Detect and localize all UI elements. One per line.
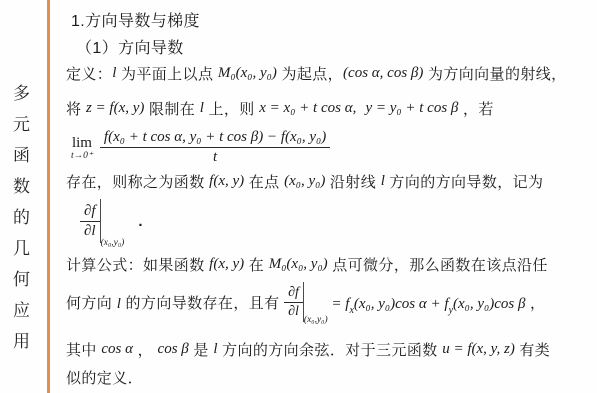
math-segment: M₀(x₀, y₀) xyxy=(269,256,328,273)
chapter-vertical-title: 多元函数的几何应用 xyxy=(7,84,32,363)
math-segment: M₀(x₀, y₀) xyxy=(218,65,277,82)
math-segment: z = f(x, y) xyxy=(86,100,144,117)
evaluation-bar xyxy=(100,199,101,243)
text-segment: ， xyxy=(525,295,545,312)
derivative-fraction: ∂f ∂l xyxy=(80,203,100,240)
math-segment: = f xyxy=(328,296,350,312)
text-segment: 限制在 xyxy=(144,98,199,119)
math-subscript-segment: y xyxy=(449,305,453,316)
math-segment: y = y₀ + t cos β xyxy=(365,100,458,117)
math-segment: x = x₀ + t cos α, xyxy=(259,100,356,117)
text-segment: 方向的方向导数，记为 xyxy=(385,171,544,192)
text-segment: 有类 xyxy=(515,339,550,360)
accent-divider-line xyxy=(47,0,50,393)
limit-operator: lim t→0⁺ xyxy=(71,135,93,161)
math-segment: cos β xyxy=(158,341,189,358)
text-segment: 将 xyxy=(66,98,86,119)
text-segment: ， xyxy=(133,339,158,360)
text-segment: 计算公式：如果函数 xyxy=(66,254,209,275)
text-segment: 方向的方向余弦．对于三元函数 xyxy=(217,339,442,360)
calc-line-prefix: 何方向 l 的方向导数存在，且有 xyxy=(66,292,284,313)
text-segment: 其中 xyxy=(66,339,101,360)
fraction-denominator: t xyxy=(213,148,217,166)
math-segment: (x₀, y₀)cos α + f xyxy=(354,296,449,312)
math-subscript-segment: x xyxy=(349,305,353,316)
math-segment: (x₀, y₀)cos β xyxy=(453,296,525,312)
calc-paragraph-line-2: 何方向 l 的方向导数存在，且有 ∂f ∂l (x₀,y₀) = fx(x₀, … xyxy=(66,282,545,322)
lecture-slide-page: 多元函数的几何应用 1.方向导数与梯度 （1）方向导数 定义：l 为平面上以点 … xyxy=(0,0,597,393)
text-segment: 沿射线 xyxy=(325,171,380,192)
derivative-notation: ∂f ∂l (x₀,y₀) . xyxy=(80,197,143,245)
fraction-numerator: ∂f xyxy=(80,203,100,222)
fraction-numerator: f(x₀ + t cos α, y₀ + t cos β) − f(x₀, y₀… xyxy=(100,129,330,148)
text-segment: 是 xyxy=(189,339,214,360)
math-segment: (cos α, cos β) xyxy=(343,65,423,82)
sentence-period: . xyxy=(138,213,143,230)
text-segment: 定义： xyxy=(66,63,112,84)
math-segment: (x₀, y₀) xyxy=(284,173,325,190)
text-segment: 存在，则称之为函数 xyxy=(66,171,209,192)
text-segment: 为方向向量的射线， xyxy=(423,63,566,84)
text-segment: ，若 xyxy=(458,98,493,119)
math-segment: cos α xyxy=(101,341,133,358)
definition-paragraph-line-1: 定义：l 为平面上以点 M₀(x₀, y₀) 为起点，(cos α, cos β… xyxy=(66,63,567,84)
calc-line-suffix: = fx(x₀, y₀)cos α + fy(x₀, y₀)cos β ， xyxy=(328,292,546,313)
text-segment: 在 xyxy=(244,254,269,275)
fraction-denominator: ∂l xyxy=(288,303,299,320)
text-segment: 上，则 xyxy=(204,98,259,119)
text-segment: 为起点， xyxy=(277,63,343,84)
fraction-denominator: ∂l xyxy=(84,222,96,240)
limit-subscript: t→0⁺ xyxy=(71,150,93,161)
derivative-fraction: ∂f ∂l xyxy=(284,285,303,320)
definition-paragraph-line-2: 将 z = f(x, y) 限制在 l 上，则 x = x₀ + t cos α… xyxy=(66,98,494,119)
limit-formula: lim t→0⁺ f(x₀ + t cos α, y₀ + t cos β) −… xyxy=(71,129,330,166)
calc-paragraph-line-1: 计算公式：如果函数 f(x, y) 在 M₀(x₀, y₀) 点可微分，那么函数… xyxy=(66,254,548,275)
closing-paragraph-line-2: 似的定义． xyxy=(66,367,143,388)
text-segment: 在点 xyxy=(244,171,284,192)
fraction-numerator: ∂f xyxy=(284,285,303,303)
definition-paragraph-line-3: 存在，则称之为函数 f(x, y) 在点 (x₀, y₀) 沿射线 l 方向的方… xyxy=(66,171,543,192)
evaluation-subscript: (x₀,y₀) xyxy=(304,315,328,325)
section-subheading: （1）方向导数 xyxy=(76,35,184,58)
text-segment: 点可微分，那么函数在该点沿任 xyxy=(328,254,548,275)
text-segment: 何方向 xyxy=(66,295,117,312)
math-segment: f(x, y) xyxy=(209,256,244,273)
limit-fraction: f(x₀ + t cos α, y₀ + t cos β) − f(x₀, y₀… xyxy=(100,129,330,166)
text-segment: 的方向导数存在，且有 xyxy=(121,295,284,312)
section-heading: 1.方向导数与梯度 xyxy=(71,8,200,31)
text-segment: 为平面上以点 xyxy=(116,63,218,84)
math-segment: f(x, y) xyxy=(209,173,244,190)
closing-paragraph-line-1: 其中 cos α ， cos β 是 l 方向的方向余弦．对于三元函数 u = … xyxy=(66,339,550,360)
math-segment: u = f(x, y, z) xyxy=(442,341,515,358)
evaluation-subscript: (x₀,y₀) xyxy=(101,238,125,248)
